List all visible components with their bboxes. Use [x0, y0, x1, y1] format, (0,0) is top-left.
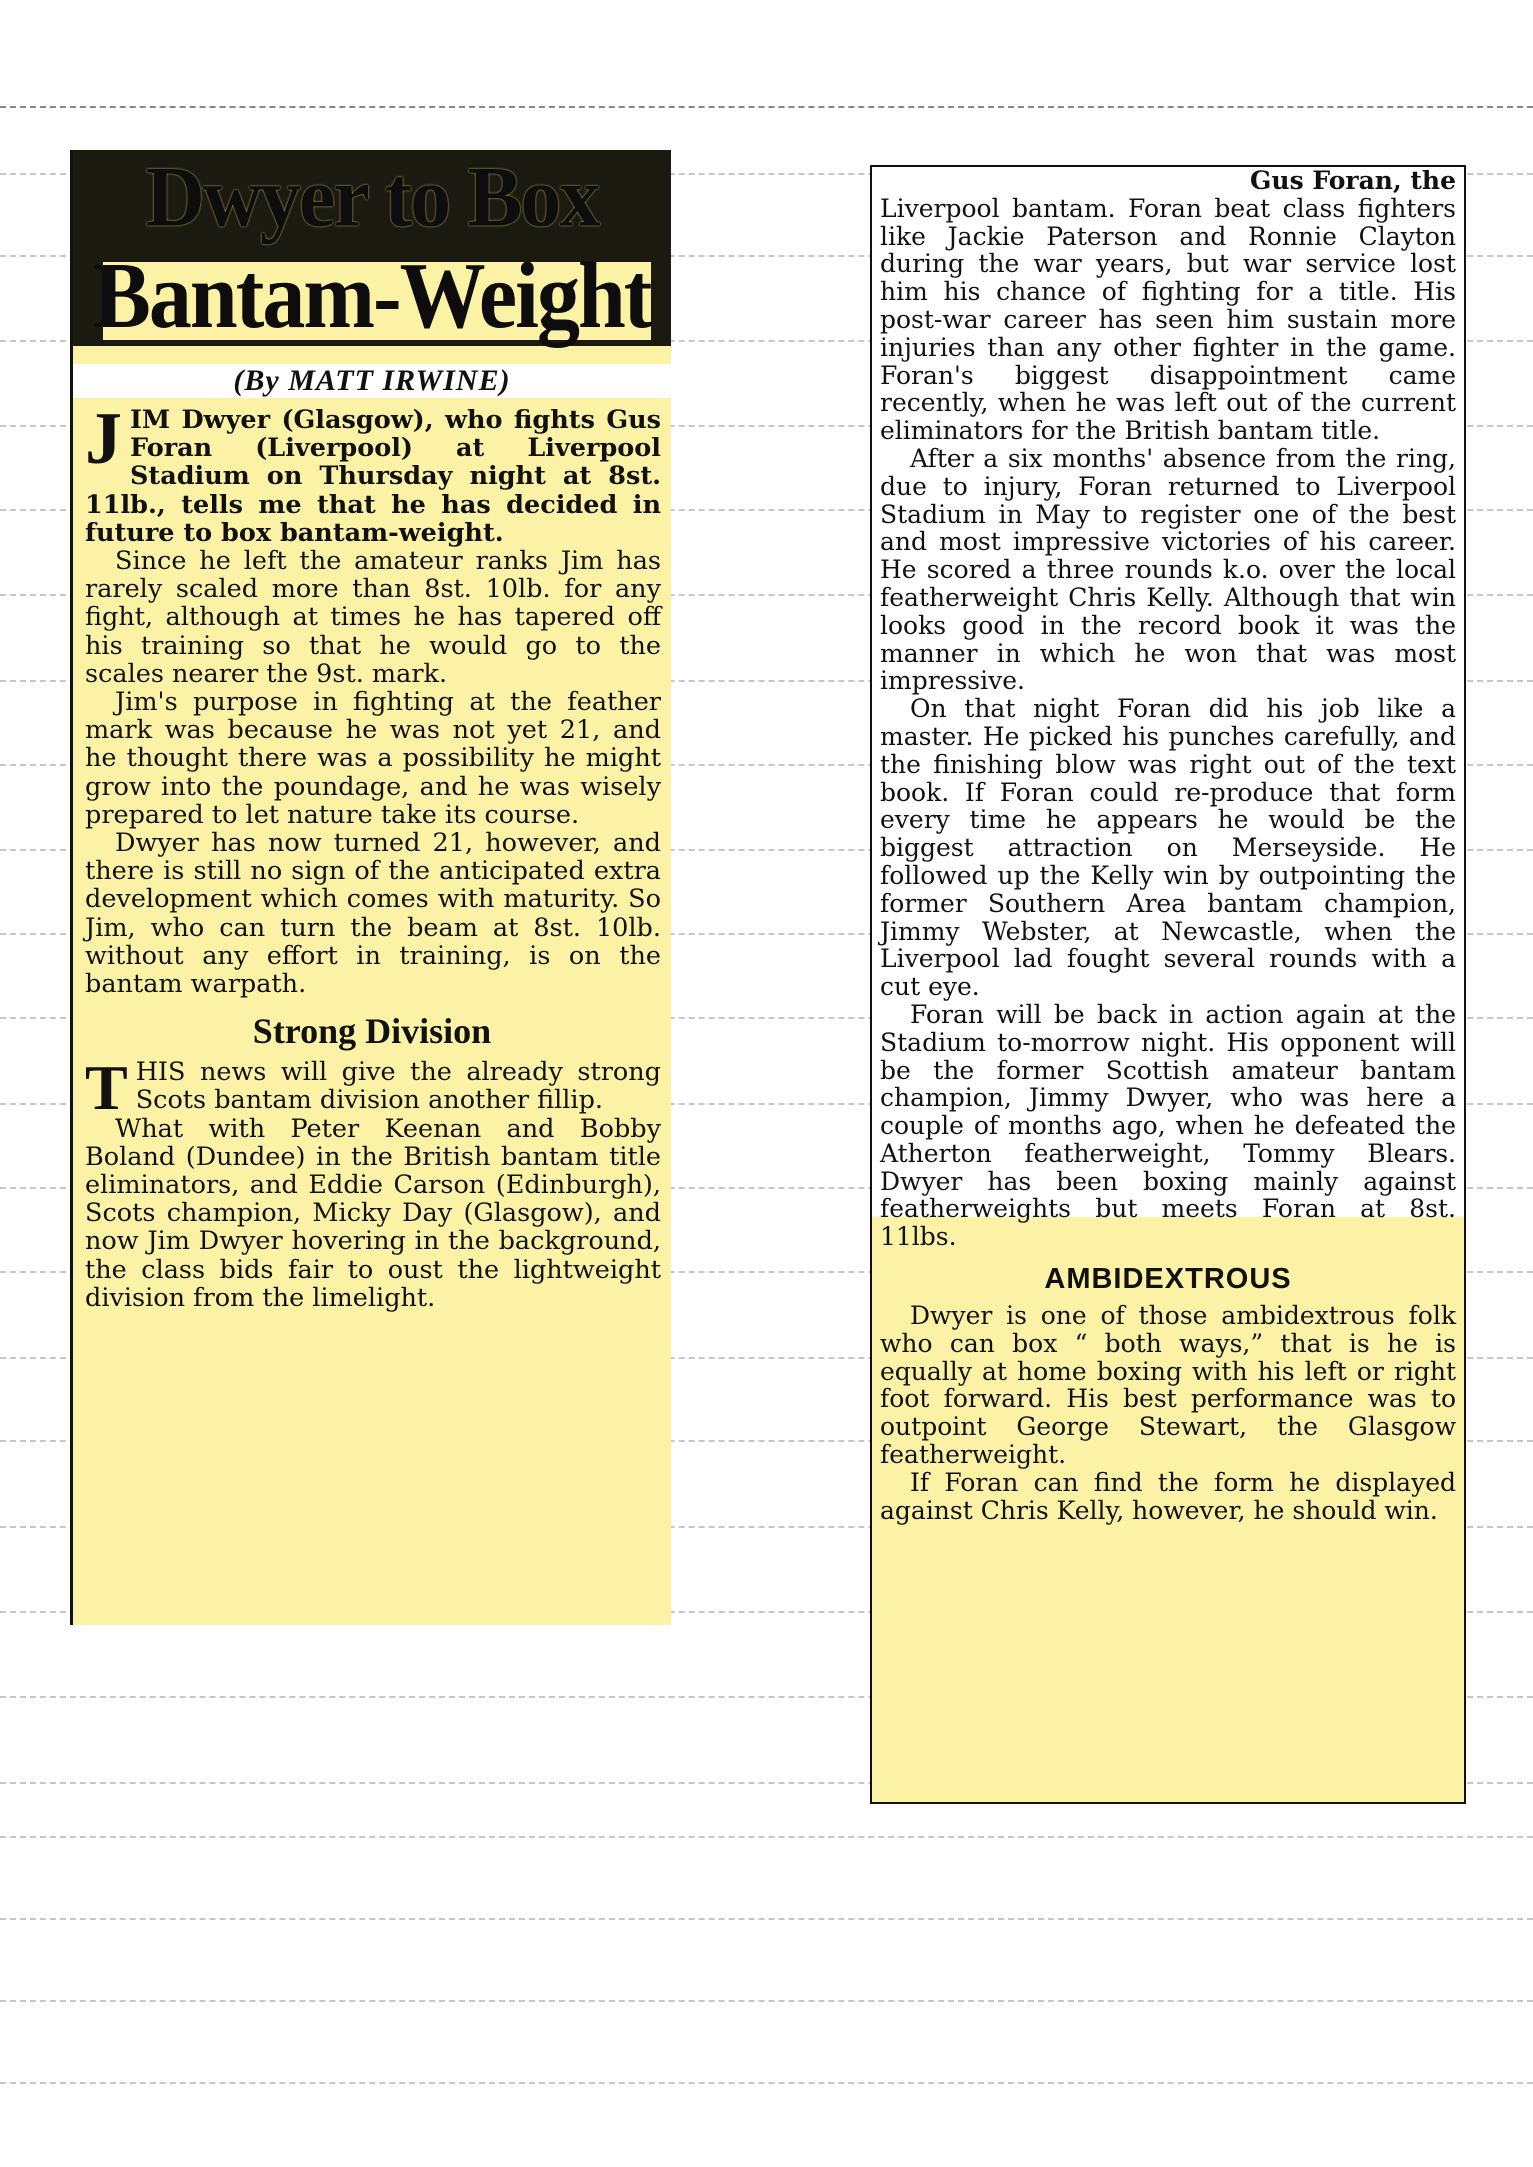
drop-cap: J: [85, 410, 122, 468]
opening-paragraph: Gus Foran, the Liverpool bantam. Foran b…: [872, 167, 1464, 445]
opening-text: Liverpool bantam. Foran beat class fight…: [880, 194, 1456, 445]
subheading-ambidextrous: AMBIDEXTROUS: [872, 1263, 1464, 1296]
body-paragraph: Foran will be back in action again at th…: [872, 1001, 1464, 1251]
body-paragraph: Dwyer has now turned 21, however, and th…: [73, 829, 671, 998]
section-lead-text: HIS news will give the already strong Sc…: [136, 1057, 661, 1115]
headline-line-2: Bantam-Weight: [81, 248, 663, 343]
body-paragraph: Dwyer is one of those ambidextrous folk …: [872, 1302, 1464, 1469]
ruled-line: [0, 2000, 1533, 2002]
right-column-text: Gus Foran, the Liverpool bantam. Foran b…: [872, 167, 1464, 1524]
section-lead-paragraph: THIS news will give the already strong S…: [73, 1058, 671, 1114]
body-paragraph: Jim's purpose in fighting at the feather…: [73, 688, 671, 829]
body-paragraph: Since he left the amateur ranks Jim has …: [73, 547, 671, 688]
ruled-line: [0, 106, 1533, 108]
opening-line: Gus Foran, the: [880, 167, 1456, 195]
ruled-line: [0, 1836, 1533, 1838]
ruled-line: [0, 1918, 1533, 1920]
subheading-strong-division: Strong Division: [73, 1010, 671, 1052]
body-paragraph: After a six months' absence from the rin…: [872, 445, 1464, 695]
newspaper-clipping-right: Gus Foran, the Liverpool bantam. Foran b…: [870, 165, 1466, 1804]
headline-block: Dwyer to Box Bantam-Weight: [73, 150, 671, 346]
body-paragraph: What with Peter Keenan and Bobby Boland …: [73, 1115, 671, 1312]
newspaper-clipping-left: Dwyer to Box Bantam-Weight (By MATT IRWI…: [70, 150, 671, 1625]
headline: Dwyer to Box Bantam-Weight: [81, 156, 663, 338]
lead-text: IM Dwyer (Glasgow), who fights Gus Foran…: [85, 405, 661, 548]
ruled-line: [0, 2082, 1533, 2084]
headline-line-1: Dwyer to Box: [81, 154, 663, 240]
byline: (By MATT IRWINE): [73, 364, 671, 398]
lead-paragraph: JIM Dwyer (Glasgow), who fights Gus Fora…: [73, 406, 671, 547]
body-paragraph: On that night Foran did his job like a m…: [872, 695, 1464, 1001]
body-paragraph: If Foran can find the form he displayed …: [872, 1469, 1464, 1525]
drop-cap: T: [85, 1062, 128, 1114]
